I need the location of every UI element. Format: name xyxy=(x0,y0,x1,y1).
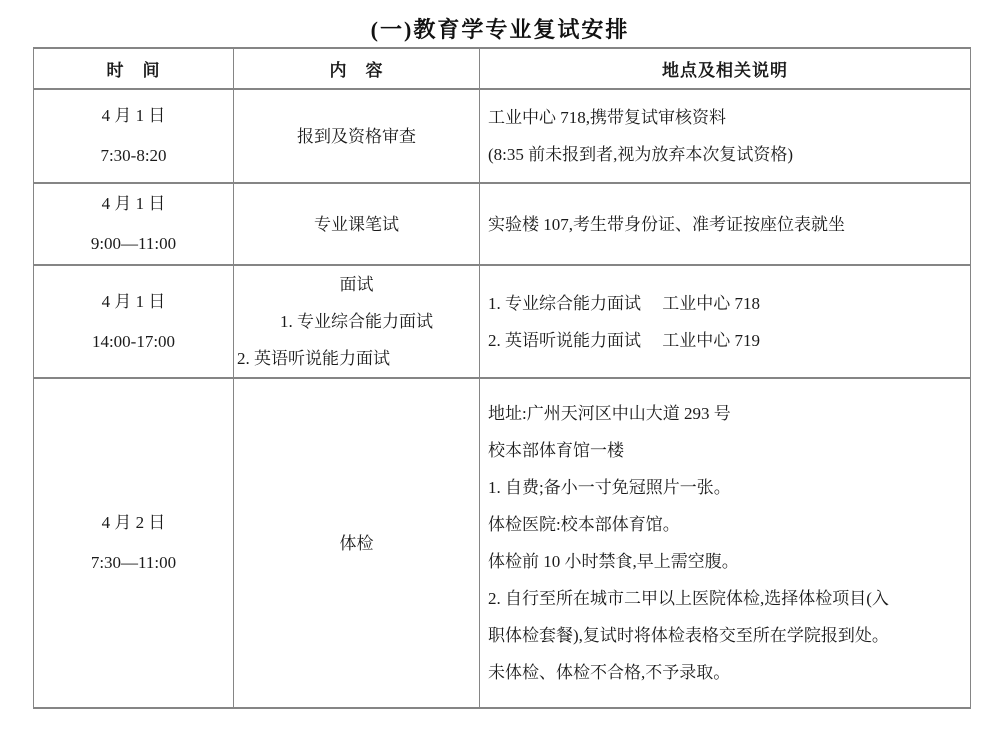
content-cell: 报到及资格审查 xyxy=(234,89,480,183)
notes-cell: 1. 专业综合能力面试 工业中心 718 2. 英语听说能力面试 工业中心 71… xyxy=(480,265,971,378)
time-range: 7:30—11:00 xyxy=(34,543,233,583)
time-range: 14:00-17:00 xyxy=(34,322,233,362)
notes-line: 地址:广州天河区中山大道 293 号 xyxy=(488,395,962,432)
notes-cell: 实验楼 107,考生带身份证、准考证按座位表就坐 xyxy=(480,183,971,265)
notes-cell: 工业中心 718,携带复试审核资料 (8:35 前未报到者,视为放弃本次复试资格… xyxy=(480,89,971,183)
page-title: (一)教育学专业复试安排 xyxy=(0,0,1000,47)
content-text: 报到及资格审查 xyxy=(234,118,479,155)
notes-line: 2. 自行至所在城市二甲以上医院体检,选择体检项目(入 xyxy=(488,580,962,617)
time-cell: 4 月 1 日 7:30-8:20 xyxy=(34,89,234,183)
time-range: 7:30-8:20 xyxy=(34,136,233,176)
notes-line: 体检医院:校本部体育馆。 xyxy=(488,506,962,543)
time-date: 4 月 1 日 xyxy=(34,96,233,136)
content-cell: 体检 xyxy=(234,378,480,708)
content-item: 1. 专业综合能力面试 xyxy=(234,303,479,340)
col-header-content: 内 容 xyxy=(234,48,480,89)
time-cell: 4 月 1 日 14:00-17:00 xyxy=(34,265,234,378)
content-text: 面试 xyxy=(234,266,479,303)
notes-line: 实验楼 107,考生带身份证、准考证按座位表就坐 xyxy=(488,206,962,243)
schedule-table: 时 间 内 容 地点及相关说明 4 月 1 日 7:30-8:20 报到及资格审… xyxy=(33,47,971,709)
notes-line: 职体检套餐),复试时将体检表格交至所在学院报到处。 xyxy=(488,617,962,654)
table-row-written-exam: 4 月 1 日 9:00—11:00 专业课笔试 实验楼 107,考生带身份证、… xyxy=(34,183,971,265)
time-date: 4 月 1 日 xyxy=(34,184,233,224)
time-cell: 4 月 1 日 9:00—11:00 xyxy=(34,183,234,265)
time-range: 9:00—11:00 xyxy=(34,224,233,264)
notes-line: 未体检、体检不合格,不予录取。 xyxy=(488,654,962,691)
notes-line: 1. 专业综合能力面试 工业中心 718 xyxy=(488,285,962,322)
table-row-registration: 4 月 1 日 7:30-8:20 报到及资格审查 工业中心 718,携带复试审… xyxy=(34,89,971,183)
time-date: 4 月 1 日 xyxy=(34,282,233,322)
content-text: 专业课笔试 xyxy=(234,206,479,243)
notes-line: 校本部体育馆一楼 xyxy=(488,432,962,469)
document-page: (一)教育学专业复试安排 时 间 内 容 地点及相关说明 4 月 1 日 7:3… xyxy=(0,0,1000,742)
notes-cell: 地址:广州天河区中山大道 293 号 校本部体育馆一楼 1. 自费;备小一寸免冠… xyxy=(480,378,971,708)
notes-line: 体检前 10 小时禁食,早上需空腹。 xyxy=(488,543,962,580)
col-header-notes: 地点及相关说明 xyxy=(480,48,971,89)
content-cell: 专业课笔试 xyxy=(234,183,480,265)
content-item: 2. 英语听说能力面试 xyxy=(234,340,479,377)
content-text: 体检 xyxy=(234,525,479,562)
table-header-row: 时 间 内 容 地点及相关说明 xyxy=(34,48,971,89)
notes-line: 1. 自费;备小一寸免冠照片一张。 xyxy=(488,469,962,506)
time-date: 4 月 2 日 xyxy=(34,503,233,543)
time-cell: 4 月 2 日 7:30—11:00 xyxy=(34,378,234,708)
notes-line: (8:35 前未报到者,视为放弃本次复试资格) xyxy=(488,136,962,173)
notes-line: 2. 英语听说能力面试 工业中心 719 xyxy=(488,322,962,359)
content-cell: 面试 1. 专业综合能力面试 2. 英语听说能力面试 xyxy=(234,265,480,378)
table-row-physical-exam: 4 月 2 日 7:30—11:00 体检 地址:广州天河区中山大道 293 号… xyxy=(34,378,971,708)
col-header-time: 时 间 xyxy=(34,48,234,89)
table-row-interview: 4 月 1 日 14:00-17:00 面试 1. 专业综合能力面试 2. 英语… xyxy=(34,265,971,378)
notes-line: 工业中心 718,携带复试审核资料 xyxy=(488,99,962,136)
